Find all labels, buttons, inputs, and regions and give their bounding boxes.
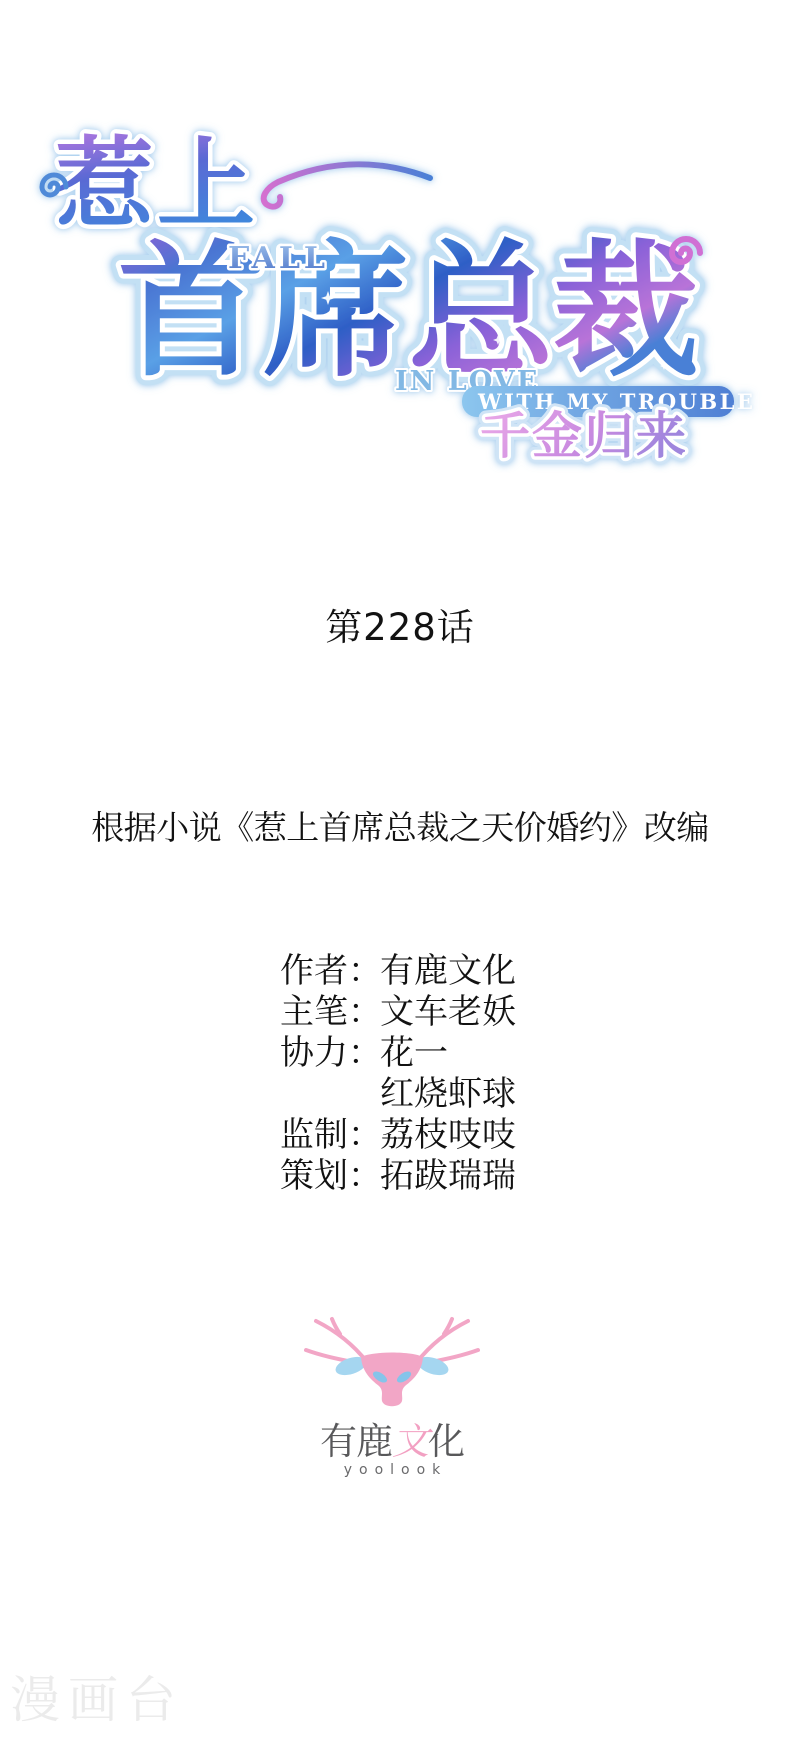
publisher-name-accent: 文 [392,1420,428,1463]
series-title-logo-art: 惹上 首席总裁 首席总裁 FALL IN LOVE WITH MY TROUBL… [28,108,768,473]
credit-row-supervisor: 监制：荔枝吱吱 [280,1115,516,1156]
credit-label: 协力： [280,1033,380,1074]
deer-head-icon [304,1316,480,1416]
credit-name: 拓跋瑞瑞 [380,1156,516,1196]
publisher-name-part1: 有鹿 [320,1420,392,1463]
publisher-name-part2: 化 [428,1420,464,1463]
credit-name: 红烧虾球 [380,1074,516,1114]
credit-label: 策划： [280,1156,380,1197]
credit-label: 监制： [280,1115,380,1156]
adaptation-note: 根据小说《惹上首席总裁之天价婚约》改编 [0,808,800,848]
credit-label: 主笔： [280,992,380,1033]
credit-row-assistant-2: 红烧虾球 [280,1074,516,1115]
credit-name: 花一 [380,1033,448,1073]
title-zh-subtitle: 千金归来 [480,407,688,465]
credit-name: 有鹿文化 [380,951,516,991]
title-en-fall: FALL [228,241,329,276]
flourish-swoosh [264,164,430,206]
comic-title-page: { "page": { "background": "#ffffff", "wa… [0,0,800,1745]
credit-row-author: 作者：有鹿文化 [280,951,516,992]
platform-watermark: 漫画台 [10,1672,184,1728]
publisher-logo: 有鹿文化 yoolook [297,1316,487,1478]
title-zh-line1: 惹上 [55,128,259,242]
credits-list: 作者：有鹿文化 主笔：文车老妖 协力：花一 红烧虾球 监制：荔枝吱吱 策划：拓跋… [280,951,516,1197]
credit-name: 文车老妖 [380,992,516,1032]
deer-head [361,1353,423,1407]
publisher-latin-name: yoolook [297,1462,487,1478]
credit-row-lead-artist: 主笔：文车老妖 [280,992,516,1033]
credit-label: 作者： [280,951,380,992]
chapter-title: 第228话 [0,606,800,650]
credit-row-planner: 策划：拓跋瑞瑞 [280,1156,516,1197]
series-title-logo: 惹上 首席总裁 首席总裁 FALL IN LOVE WITH MY TROUBL… [28,108,768,473]
publisher-name: 有鹿文化 [297,1422,487,1462]
credit-row-assistant: 协力：花一 [280,1033,516,1074]
credit-name: 荔枝吱吱 [380,1115,516,1155]
